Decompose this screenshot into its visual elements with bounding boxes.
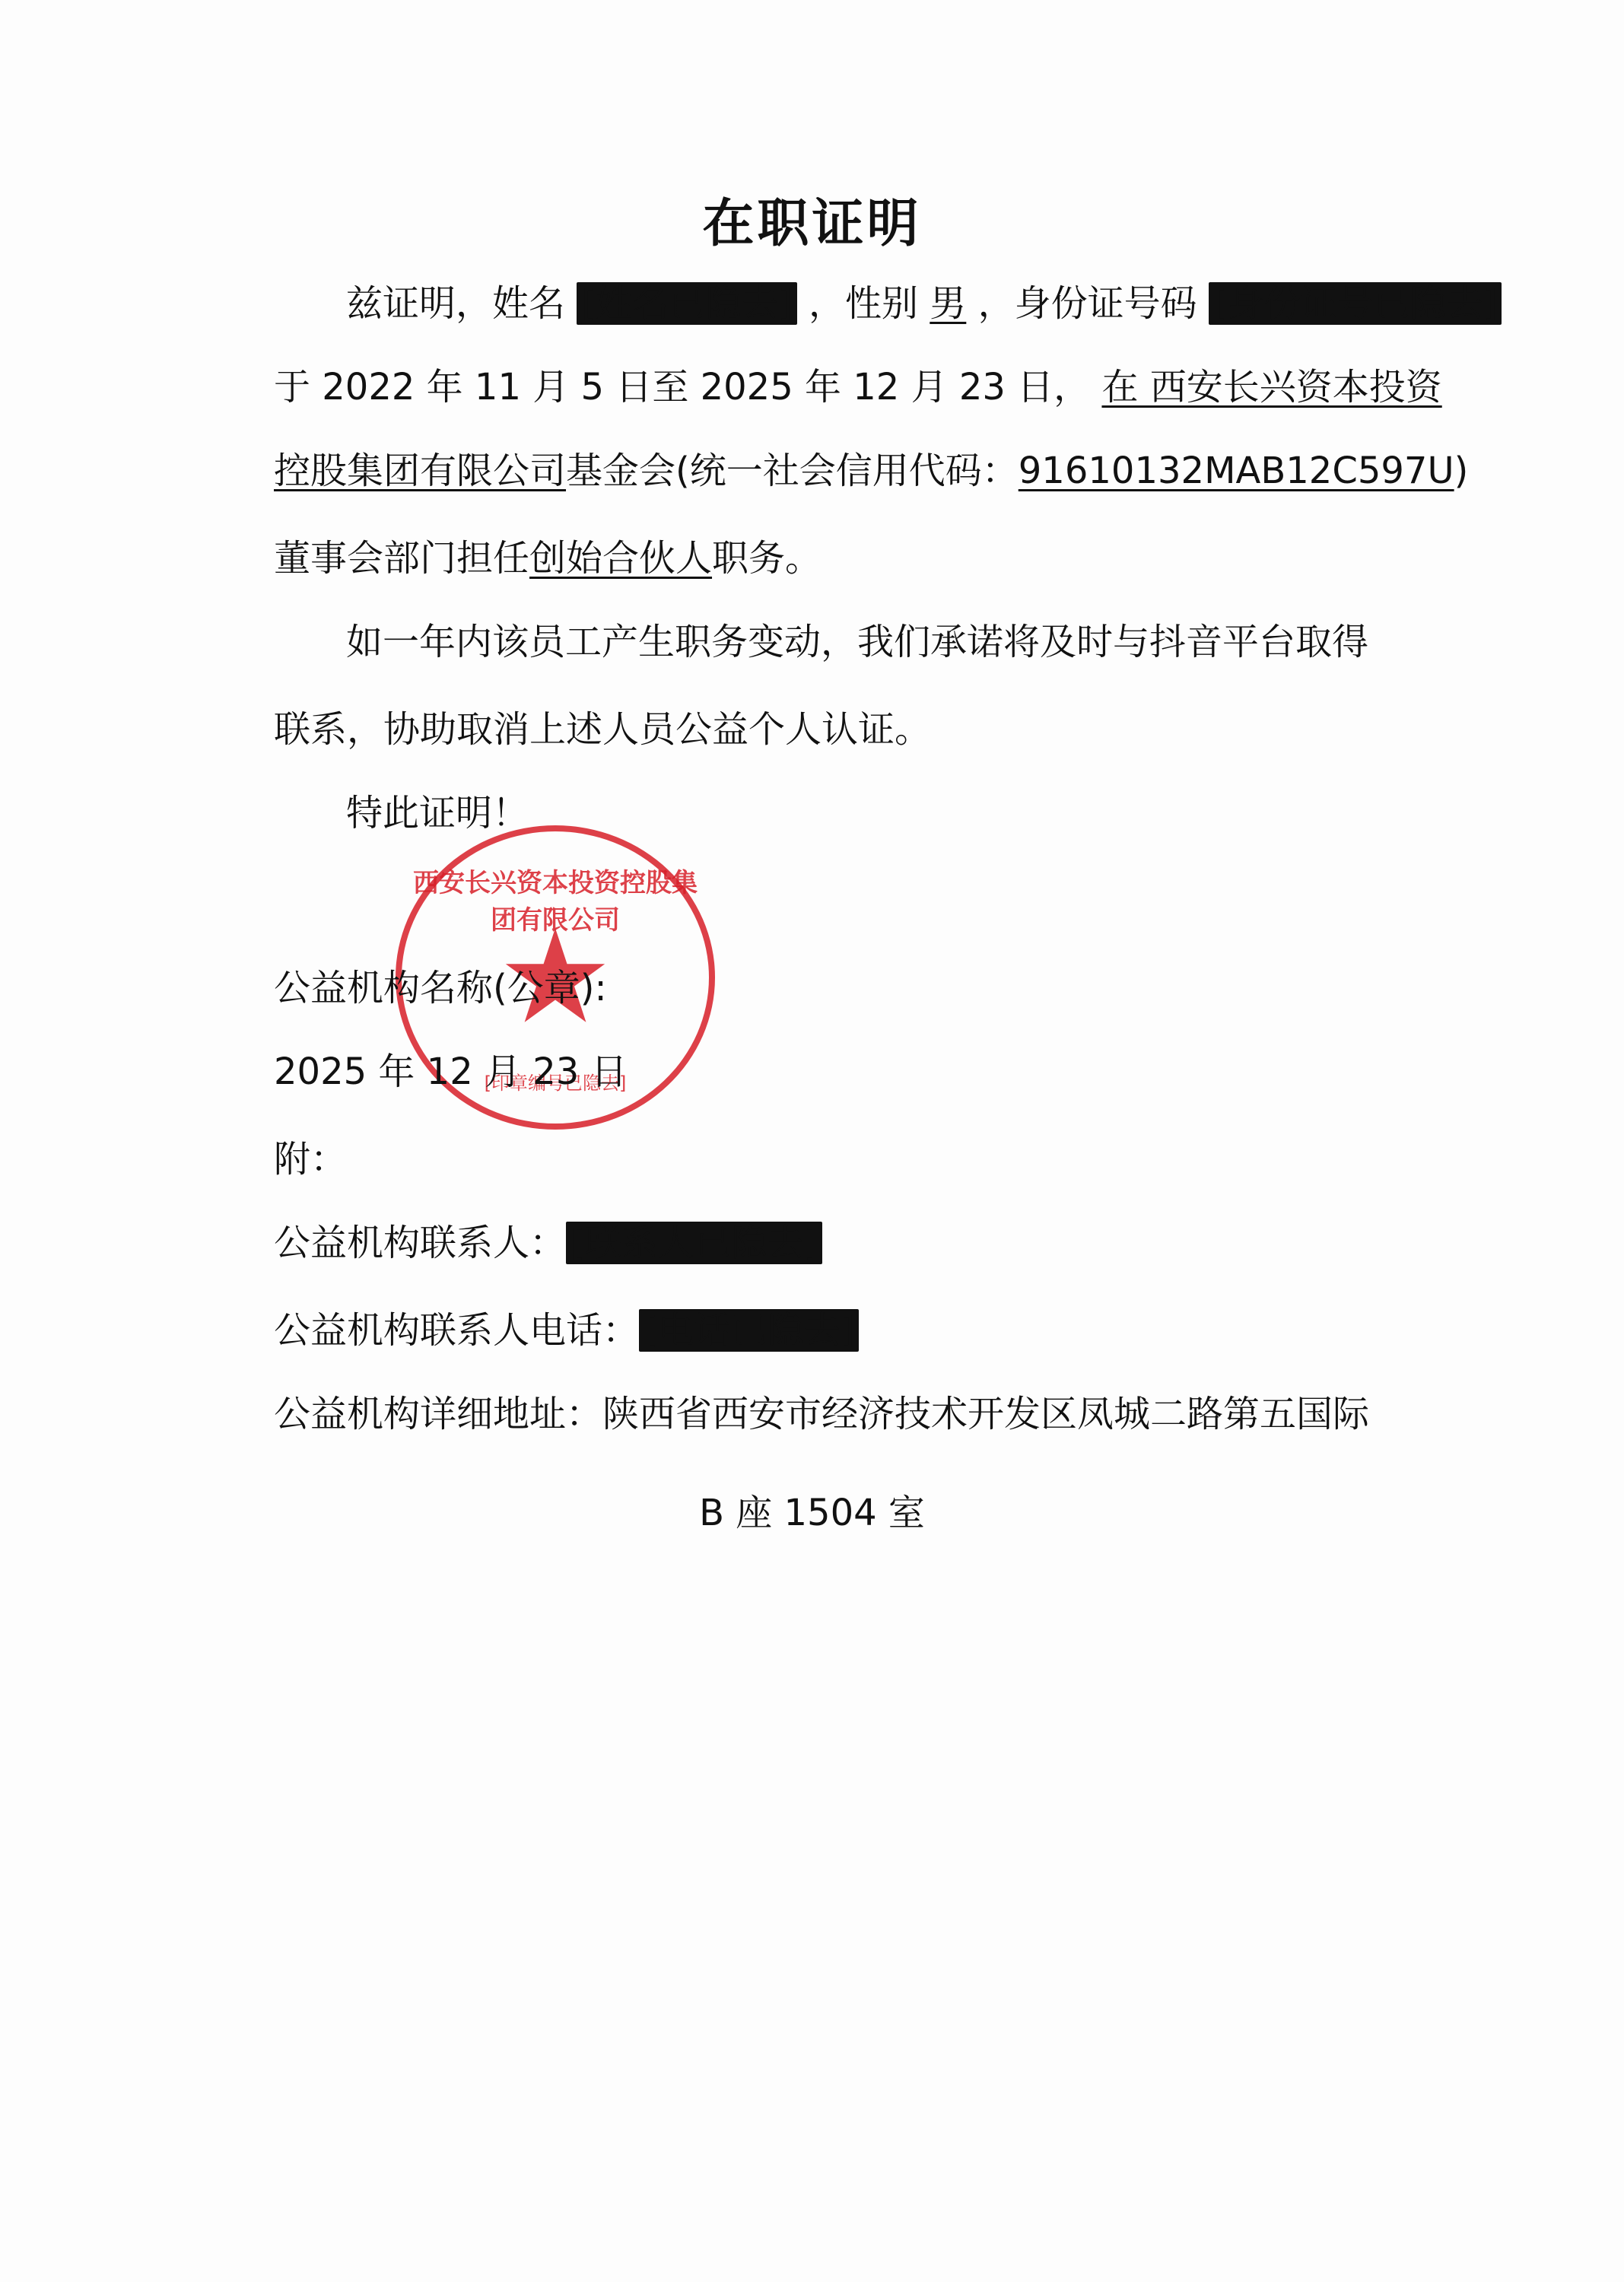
org-name-part2: 控股集团有限公司 xyxy=(274,450,566,492)
text: 公益机构联系人： xyxy=(274,1222,566,1264)
text: ，性别 xyxy=(809,282,918,325)
para1-line3: 控股集团有限公司基金会(统一社会信用代码：91610132MAB12C597U) xyxy=(274,453,1468,489)
phone-line: 公益机构联系人电话：[电话已隐去] xyxy=(274,1312,859,1349)
text: 职务。 xyxy=(712,537,822,580)
para2-line1: 如一年内该员工产生职务变动，我们承诺将及时与抖音平台取得 xyxy=(346,624,1368,660)
document-title: 在职证明 xyxy=(0,183,1624,256)
closing-text: 特此证明！ xyxy=(346,795,529,831)
para1-line1: 兹证明，姓名 [姓名已隐去] ，性别 男 ，身份证号码 [身份证号已隐去] xyxy=(346,285,1502,322)
address-line2: B 座 1504 室 xyxy=(0,1483,1624,1536)
para2-line2: 联系，协助取消上述人员公益个人认证。 xyxy=(274,711,931,748)
text: ，身份证号码 xyxy=(978,282,1197,325)
employee-id-number: [身份证号已隐去] xyxy=(1209,282,1502,325)
org-name-part1: 在 西安长兴资本投资 xyxy=(1101,366,1441,408)
text: 基金会(统一社会信用代码： xyxy=(566,450,1019,492)
org-name-label: 公益机构名称(公章): xyxy=(274,970,607,1006)
address-line1: 公益机构详细地址：陕西省西安市经济技术开发区凤城二路第五国际 xyxy=(274,1396,1369,1432)
employee-name: [姓名已隐去] xyxy=(577,282,796,325)
para1-line2: 于 2022 年 11 月 5 日至 2025 年 12 月 23 日， 在 西… xyxy=(274,369,1442,405)
credit-code: 91610132MAB12C597U xyxy=(1019,450,1454,492)
document-date: 2025 年 12 月 23 日 xyxy=(274,1054,628,1090)
text: 公益机构详细地址： xyxy=(274,1393,602,1435)
contact-name: [联系人已隐去] xyxy=(566,1222,822,1264)
text: 公益机构联系人电话： xyxy=(274,1309,639,1352)
employee-gender: 男 xyxy=(930,282,966,325)
text: ) xyxy=(1454,450,1469,492)
text: 董事会部门担任 xyxy=(274,537,529,580)
contact-phone: [电话已隐去] xyxy=(639,1309,859,1352)
text: 兹证明，姓名 xyxy=(346,282,565,325)
attachment-label: 附： xyxy=(274,1141,347,1178)
job-role: 创始合伙人 xyxy=(529,537,712,580)
contact-line: 公益机构联系人：[联系人已隐去] xyxy=(274,1225,822,1261)
document-page: 在职证明 兹证明，姓名 [姓名已隐去] ，性别 男 ，身份证号码 [身份证号已隐… xyxy=(0,0,1624,2282)
address: 陕西省西安市经济技术开发区凤城二路第五国际 xyxy=(602,1393,1369,1435)
employment-dates: 于 2022 年 11 月 5 日至 2025 年 12 月 23 日， xyxy=(274,366,1090,408)
para1-line4: 董事会部门担任创始合伙人职务。 xyxy=(274,540,822,577)
